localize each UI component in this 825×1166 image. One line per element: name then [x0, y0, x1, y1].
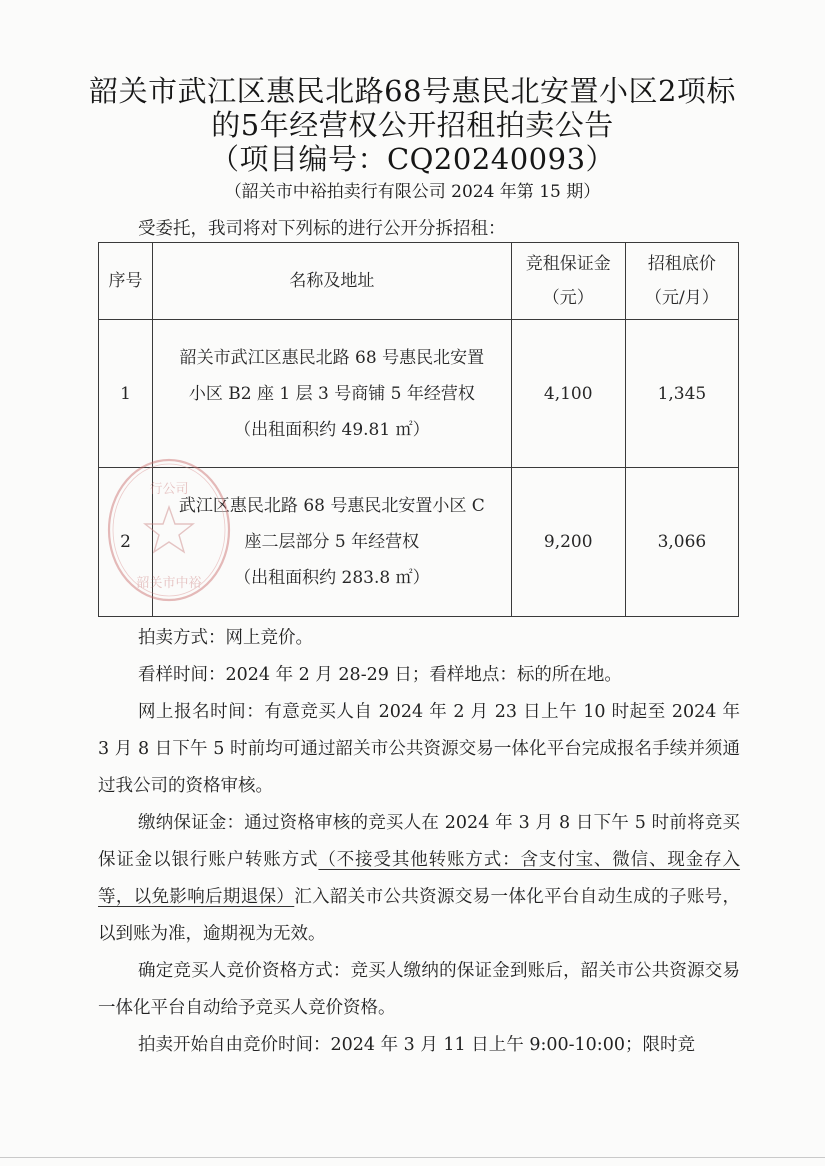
title-line-project-number: （项目编号：CQ20240093） — [60, 142, 765, 176]
header-price-unit: （元/月） — [626, 281, 738, 315]
name-line: 韶关市武江区惠民北路 68 号惠民北安置 — [153, 340, 511, 376]
name-line: 武江区惠民北路 68 号惠民北安置小区 C — [153, 488, 511, 524]
header-number: 序号 — [99, 243, 153, 320]
row-price: 1,345 — [625, 320, 738, 468]
table-row: 2 武江区惠民北路 68 号惠民北安置小区 C 座二层部分 5 年经营权 （出租… — [99, 468, 739, 617]
table-header-row: 序号 名称及地址 竞租保证金 （元） 招租底价 （元/月） — [99, 243, 739, 320]
auction-method-paragraph: 拍卖方式：网上竞价。 — [98, 620, 740, 657]
header-deposit: 竞租保证金 （元） — [511, 243, 625, 320]
title-line-1: 韶关市武江区惠民北路68号惠民北安置小区2项标 — [60, 74, 765, 108]
row-number: 2 — [99, 468, 153, 617]
lots-table: 序号 名称及地址 竞租保证金 （元） 招租底价 （元/月） 1 韶关市武江区惠民… — [98, 242, 739, 617]
issue-subtitle: （韶关市中裕拍卖行有限公司 2024 年第 15 期） — [60, 180, 765, 204]
row-name-address: 武江区惠民北路 68 号惠民北安置小区 C 座二层部分 5 年经营权 （出租面积… — [153, 468, 512, 617]
area-line: （出租面积约 283.8 ㎡） — [153, 560, 511, 596]
announcement-body: 拍卖方式：网上竞价。 看样时间：2024 年 2 月 28-29 日；看样地点：… — [98, 620, 740, 1064]
name-line: 座二层部分 5 年经营权 — [153, 524, 511, 560]
header-price: 招租底价 （元/月） — [625, 243, 738, 320]
header-name: 名称及地址 — [153, 243, 512, 320]
row-number: 1 — [99, 320, 153, 468]
qualification-paragraph: 确定竞买人竞价资格方式：竞买人缴纳的保证金到账后，韶关市公共资源交易一体化平台自… — [98, 953, 740, 1027]
title-line-2: 的5年经营权公开招租拍卖公告 — [60, 108, 765, 142]
area-line: （出租面积约 49.81 ㎡） — [153, 412, 511, 448]
row-deposit: 4,100 — [511, 320, 625, 468]
viewing-paragraph: 看样时间：2024 年 2 月 28-29 日；看样地点：标的所在地。 — [98, 657, 740, 694]
row-name-address: 韶关市武江区惠民北路 68 号惠民北安置 小区 B2 座 1 层 3 号商铺 5… — [153, 320, 512, 468]
registration-paragraph: 网上报名时间：有意竞买人自 2024 年 2 月 23 日上午 10 时起至 2… — [98, 694, 740, 805]
header-deposit-label: 竞租保证金 — [512, 247, 625, 281]
header-deposit-unit: （元） — [512, 281, 625, 315]
deposit-paragraph: 缴纳保证金：通过资格审核的竞买人在 2024 年 3 月 8 日下午 5 时前将… — [98, 805, 740, 953]
row-deposit: 9,200 — [511, 468, 625, 617]
name-line: 小区 B2 座 1 层 3 号商铺 5 年经营权 — [153, 376, 511, 412]
document-page: 韶关市武江区惠民北路68号惠民北安置小区2项标 的5年经营权公开招租拍卖公告 （… — [0, 0, 825, 1166]
row-price: 3,066 — [625, 468, 738, 617]
document-title: 韶关市武江区惠民北路68号惠民北安置小区2项标 的5年经营权公开招租拍卖公告 （… — [60, 74, 765, 176]
header-price-label: 招租底价 — [626, 247, 738, 281]
table-row: 1 韶关市武江区惠民北路 68 号惠民北安置 小区 B2 座 1 层 3 号商铺… — [99, 320, 739, 468]
intro-text: 受委托，我司将对下列标的进行公开分拆招租： — [138, 215, 506, 240]
page-bottom-edge — [0, 1157, 825, 1158]
bidding-time-paragraph: 拍卖开始自由竞价时间：2024 年 3 月 11 日上午 9:00-10:00；… — [98, 1027, 740, 1064]
